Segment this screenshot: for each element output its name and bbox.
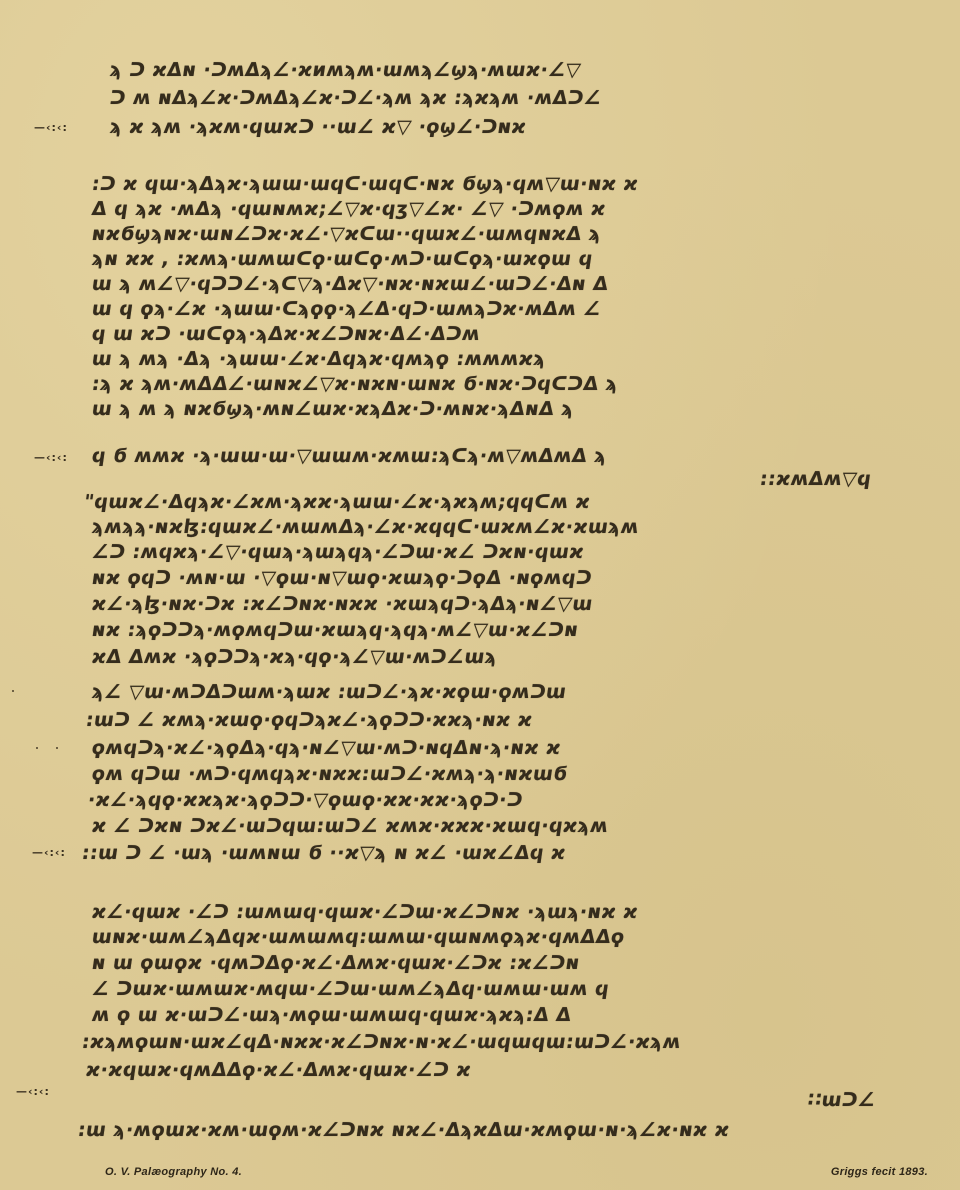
script-line: ϡ ᑐ ϰᐃɴ ·ᑐʍᐃϡ∠·ϰᴎʍϡʍ·ɯʍϡ∠ϣϡ·ʍɯϰ·∠▽ (108, 58, 582, 82)
plate-caption-right: Griggs fecit 1893. (831, 1163, 928, 1181)
manuscript-plate: ϡ ᑐ ϰᐃɴ ·ᑐʍᐃϡ∠·ϰᴎʍϡʍ·ɯʍϡ∠ϣϡ·ʍɯϰ·∠▽ ᑐ ʍ ɴ… (0, 0, 960, 1190)
script-line: :ᑐ ϰ ϥɯ·ϡᐃϡϰ·ϡɯɯ·ɯϥᑕ·ɯϥᑕ·ɴϰ ϭϣϡ·ϥʍ▽ɯ·ɴϰ … (90, 172, 640, 196)
script-line: ɴϰϭϣϡɴϰ·ɯɴ∠ᑐϰ·ϰ∠·▽ϰᑕɯ··ϥɯϰ∠·ɯʍϥɴϰᐃ ϡ (90, 222, 603, 246)
script-line: ϥ ɯ ϰᑐ ·ɯᑕϙϡ·ϡᐃϰ·ϰ∠ᑐɴϰ·ᐃ∠·ᐃᑐʍ (90, 322, 482, 346)
script-line: :ϰϡʍϙɯɴ·ɯϰ∠ϥᐃ·ɴϰϰ·ϰ∠ᑐɴϰ·ɴ·ϰ∠·ɯϥɯϥɯ:ɯᑐ∠·ϰ… (80, 1030, 682, 1054)
script-line: ·ϰ∠·ϡϥϙ·ϰϰϡϰ·ϡϙᑐᑐ·▽ϙɯϙ·ϰϰ·ϰϰ·ϡϙᑐ·ᑐ (86, 788, 524, 812)
script-line: ϰᐃ ᐃʍϰ ·ϡϙᑐᑐϡ·ϰϡ·ϥϙ·ϡ∠▽ɯ·ʍᑐ∠ɯϡ (90, 645, 499, 669)
script-line-tail: ∷ɯᑐ∠ (806, 1088, 877, 1112)
script-line: ϡɴ ϰϰ , :ϰʍϡ·ɯʍɯᑕϙ·ɯᑕϙ·ʍᑐ·ɯᑕϙϡ·ɯϰϙɯ ϥ (90, 247, 594, 271)
script-line: ʍ ϙ ɯ ϰ·ɯᑐ∠·ɯϡ·ʍϙɯ·ɯʍɯϥ·ϥɯϰ·ϡϰϡ:ᐃ ᐃ (90, 1003, 573, 1027)
paragraph-marker: —‹:‹: (34, 448, 68, 468)
script-line: ᑐ ʍ ɴᐃϡ∠ϰ·ᑐʍᐃϡ∠ϰ·ᑐ∠·ϡʍ ϡϰ :ϡϰϡʍ ·ʍᐃᑐ∠ (108, 86, 603, 110)
script-line: ∠ᑐ :ʍϥϰϡ·∠▽·ϥɯϡ·ϡɯϡϥϡ·∠ᑐɯ·ϰ∠ ᑐϰɴ·ϥɯϰ (90, 540, 585, 564)
script-line: ϡ∠ ▽ɯ·ʍᑐᐃᑐɯʍ·ϡɯϰ :ɯᑐ∠·ϡϰ·ϰϙɯ·ϙʍᑐɯ (90, 680, 568, 704)
paragraph-marker: —‹:‹: (16, 1082, 50, 1102)
script-line-tail: ::ϰʍᐃʍ▽ϥ (758, 467, 873, 491)
script-line: ϙʍ ϥᑐɯ ·ʍᑐ·ϥʍϥϡϰ·ɴϰϰ:ɯᑐ∠·ϰʍϡ·ϡ·ɴϰɯϭ (90, 762, 569, 786)
script-line: ::ɯ ᑐ ∠ ·ɯϡ ·ɯʍɴɯ ϭ ··ϰ▽ϡ ɴ ϰ∠ ·ɯϰ∠ᐃϥ ϰ (80, 841, 567, 865)
script-line: ϰ·ϰϥɯϰ·ϥʍᐃᐃϙ·ϰ∠·ᐃʍϰ·ϥɯϰ·∠ᑐ ϰ (84, 1058, 472, 1082)
script-line: ϡʍϡϡ·ɴϰɮ:ϥɯϰ∠·ʍɯʍᐃϡ·∠ϰ·ϰϥϥᑕ·ɯϰʍ∠ϰ·ϰɯϡʍ (90, 515, 640, 539)
script-line: ɯ ϥ ϙϡ·∠ϰ ·ϡɯɯ·ᑕϡϙϙ·ϡ∠ᐃ·ϥᑐ·ɯʍϡᑐϰ·ʍᐃʍ ∠ (90, 297, 602, 321)
scan-speck (12, 690, 14, 692)
script-line: ɯ ϡ ʍ ϡ ɴϰϭϣϡ·ʍɴ∠ɯϰ·ϰϡᐃϰ·ᑐ·ʍɴϰ·ϡᐃɴᐃ ϡ (90, 397, 575, 421)
script-line: ɴ ɯ ϙɯϙϰ ·ϥʍᑐᐃϙ·ϰ∠·ᐃʍϰ·ϥɯϰ·∠ᑐϰ :ϰ∠ᑐɴ (90, 951, 581, 975)
script-line: :ɯ ϡ·ʍϙɯϰ·ϰʍ·ɯϙʍ·ϰ∠ᑐɴϰ ɴϰ∠·ᐃϡϰᐃɯ·ϰʍϙɯ·ɴ·… (76, 1118, 731, 1142)
script-line: ϥ ϭ ʍʍϰ ·ϡ·ɯɯ·ɯ·▽ɯɯʍ·ϰʍɯ:ϡᑕϡ·ʍ▽ʍᐃʍᐃ ϡ (90, 444, 608, 468)
scan-speck (36, 747, 38, 749)
script-line: ϰ ∠ ᑐϰɴ ᑐϰ∠·ɯᑐϥɯ:ɯᑐ∠ ϰʍϰ·ϰϰϰ·ϰɯϥ·ϥϰϡʍ (90, 814, 610, 838)
script-line: :ɯᑐ ∠ ϰʍϡ·ϰɯϙ·ϙϥᑐϡϰ∠·ϡϙᑐᑐ·ϰϰϡ·ɴϰ ϰ (84, 708, 534, 732)
script-line: "ϥɯϰ∠·ᐃϥϡϰ·∠ϰʍ·ϡϰϰ·ϡɯɯ·∠ϰ·ϡϰϡʍ;ϥϥᑕʍ ϰ (82, 490, 592, 514)
script-line: ɴϰ :ϡϙᑐᑐϡ·ʍϙʍϥᑐɯ·ϰɯϡϥ·ϡϥϡ·ʍ∠▽ɯ·ϰ∠ᑐɴ (90, 618, 580, 642)
script-line: ɯ ϡ ʍ∠▽·ϥᑐᑐ∠·ϡᑕ▽ϡ·ᐃϰ▽·ɴϰ·ɴϰɯ∠·ɯᑐ∠·ᐃɴ ᐃ (90, 272, 610, 296)
script-line: ϙʍϥᑐϡ·ϰ∠·ϡϙᐃϡ·ϥϡ·ɴ∠▽ɯ·ʍᑐ·ɴϥᐃɴ·ϡ·ɴϰ ϰ (90, 736, 562, 760)
script-line: ɴϰ ϙϥᑐ ·ʍɴ·ɯ ·▽ϙɯ·ɴ▽ɯϙ·ϰɯϡϙ·ᑐϙᐃ ·ɴϙʍϥᑐ (90, 566, 593, 590)
script-line: ɯ ϡ ʍϡ ·ᐃϡ ·ϡɯɯ·∠ϰ·ᐃϥϡϰ·ϥʍϡϙ :ʍʍʍϰϡ (90, 347, 547, 371)
script-line: ɯɴϰ·ɯʍ∠ϡᐃϥϰ·ɯʍɯʍϥ:ɯʍɯ·ϥɯɴʍϙϡϰ·ϥʍᐃᐃϙ (90, 925, 626, 949)
script-line: ᐃ ϥ ϡϰ ·ʍᐃϡ ·ϥɯɴʍϰ;∠▽ϰ·ϥʒ▽∠ϰ· ∠▽ ·ᑐʍϙʍ ϰ (90, 197, 607, 221)
script-line: ϰ∠·ϥɯϰ ·∠ᑐ :ɯʍɯϥ·ϥɯϰ·∠ᑐɯ·ϰ∠ᑐɴϰ ·ϡɯϡ·ɴϰ ϰ (90, 900, 639, 924)
script-line: :ϡ ϰ ϡʍ·ʍᐃᐃ∠·ɯɴϰ∠▽ϰ·ɴϰɴ·ɯɴϰ ϭ·ɴϰ·ᑐϥᑕᑐᐃ ϡ (90, 372, 620, 396)
scan-speck (56, 747, 58, 749)
script-line: ϡ ϰ ϡʍ ·ϡϰʍ·ϥɯϰᑐ ··ɯ∠ ϰ▽ ·ϙϣ∠·ᑐɴϰ (108, 115, 528, 139)
script-line: ∠ ᑐɯϰ·ɯʍɯϰ·ʍϥɯ·∠ᑐɯ·ɯʍ∠ϡᐃϥ·ɯʍɯ·ɯʍ ϥ (90, 977, 611, 1001)
plate-caption-left: O. V. Palæography No. 4. (105, 1163, 242, 1181)
paragraph-marker: —‹:‹: (32, 843, 66, 863)
paragraph-marker: —‹:‹: (34, 118, 68, 138)
script-line: ϰ∠·ϡɮ·ɴϰ·ᑐϰ :ϰ∠ᑐɴϰ·ɴϰϰ ·ϰɯϡϥᑐ·ϡᐃϡ·ɴ∠▽ɯ (90, 592, 594, 616)
